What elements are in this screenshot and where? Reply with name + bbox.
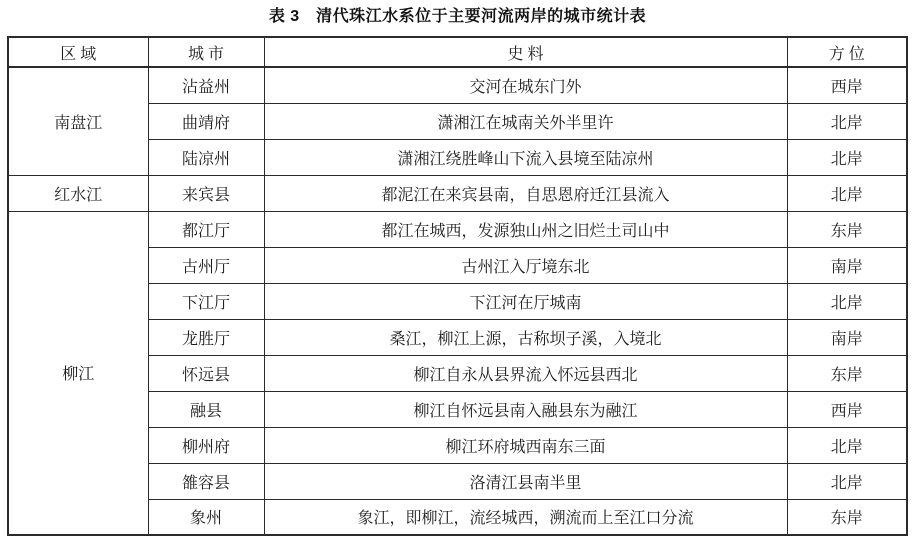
source-cell: 柳江自怀远县南入融县东为融江 xyxy=(264,391,787,427)
city-cell: 象州 xyxy=(148,499,264,535)
position-cell: 西岸 xyxy=(787,67,907,103)
header-city: 城 市 xyxy=(148,37,264,67)
city-cell: 陆凉州 xyxy=(148,139,264,175)
source-cell: 柳江环府城西南东三面 xyxy=(264,427,787,463)
city-cell: 柳州府 xyxy=(148,427,264,463)
header-region: 区 域 xyxy=(8,37,148,67)
position-cell: 东岸 xyxy=(787,355,907,391)
city-cell: 下江厅 xyxy=(148,283,264,319)
city-cell: 融县 xyxy=(148,391,264,427)
city-cell: 都江厅 xyxy=(148,211,264,247)
position-cell: 东岸 xyxy=(787,499,907,535)
position-cell: 北岸 xyxy=(787,427,907,463)
header-row: 区 域 城 市 史 料 方 位 xyxy=(8,37,907,67)
table-title: 表 3 清代珠江水系位于主要河流两岸的城市统计表 xyxy=(0,0,915,27)
source-cell: 洛清江县南半里 xyxy=(264,463,787,499)
position-cell: 北岸 xyxy=(787,139,907,175)
city-cell: 曲靖府 xyxy=(148,103,264,139)
city-cell: 来宾县 xyxy=(148,175,264,211)
source-cell: 交河在城东门外 xyxy=(264,67,787,103)
position-cell: 东岸 xyxy=(787,211,907,247)
region-cell: 南盘江 xyxy=(8,67,148,175)
city-cell: 古州厅 xyxy=(148,247,264,283)
source-cell: 潇湘江在城南关外半里许 xyxy=(264,103,787,139)
city-cell: 沾益州 xyxy=(148,67,264,103)
region-cell: 红水江 xyxy=(8,175,148,211)
position-cell: 西岸 xyxy=(787,391,907,427)
source-cell: 柳江自永从县界流入怀远县西北 xyxy=(264,355,787,391)
city-cell: 龙胜厅 xyxy=(148,319,264,355)
source-cell: 都江在城西，发源独山州之旧烂土司山中 xyxy=(264,211,787,247)
table-row: 柳江 都江厅 都江在城西，发源独山州之旧烂土司山中 东岸 xyxy=(8,211,907,247)
source-cell: 潇湘江绕胜峰山下流入县境至陆凉州 xyxy=(264,139,787,175)
source-cell: 下江河在厅城南 xyxy=(264,283,787,319)
source-cell: 象江，即柳江，流经城西，溯流而上至江口分流 xyxy=(264,499,787,535)
city-cell: 雒容县 xyxy=(148,463,264,499)
position-cell: 南岸 xyxy=(787,247,907,283)
table-header: 区 域 城 市 史 料 方 位 xyxy=(8,37,907,67)
position-cell: 北岸 xyxy=(787,103,907,139)
table-row: 南盘江 沾益州 交河在城东门外 西岸 xyxy=(8,67,907,103)
city-statistics-table: 区 域 城 市 史 料 方 位 南盘江 沾益州 交河在城东门外 西岸 曲靖府 潇… xyxy=(7,36,908,536)
table-body: 南盘江 沾益州 交河在城东门外 西岸 曲靖府 潇湘江在城南关外半里许 北岸 陆凉… xyxy=(8,67,907,535)
header-source: 史 料 xyxy=(264,37,787,67)
source-cell: 都泥江在来宾县南，自思恩府迁江县流入 xyxy=(264,175,787,211)
source-cell: 古州江入厅境东北 xyxy=(264,247,787,283)
header-position: 方 位 xyxy=(787,37,907,67)
city-cell: 怀远县 xyxy=(148,355,264,391)
position-cell: 北岸 xyxy=(787,175,907,211)
position-cell: 北岸 xyxy=(787,283,907,319)
table-row: 红水江 来宾县 都泥江在来宾县南，自思恩府迁江县流入 北岸 xyxy=(8,175,907,211)
source-cell: 桑江，柳江上源，古称坝子溪，入境北 xyxy=(264,319,787,355)
region-cell: 柳江 xyxy=(8,211,148,535)
position-cell: 北岸 xyxy=(787,463,907,499)
position-cell: 南岸 xyxy=(787,319,907,355)
